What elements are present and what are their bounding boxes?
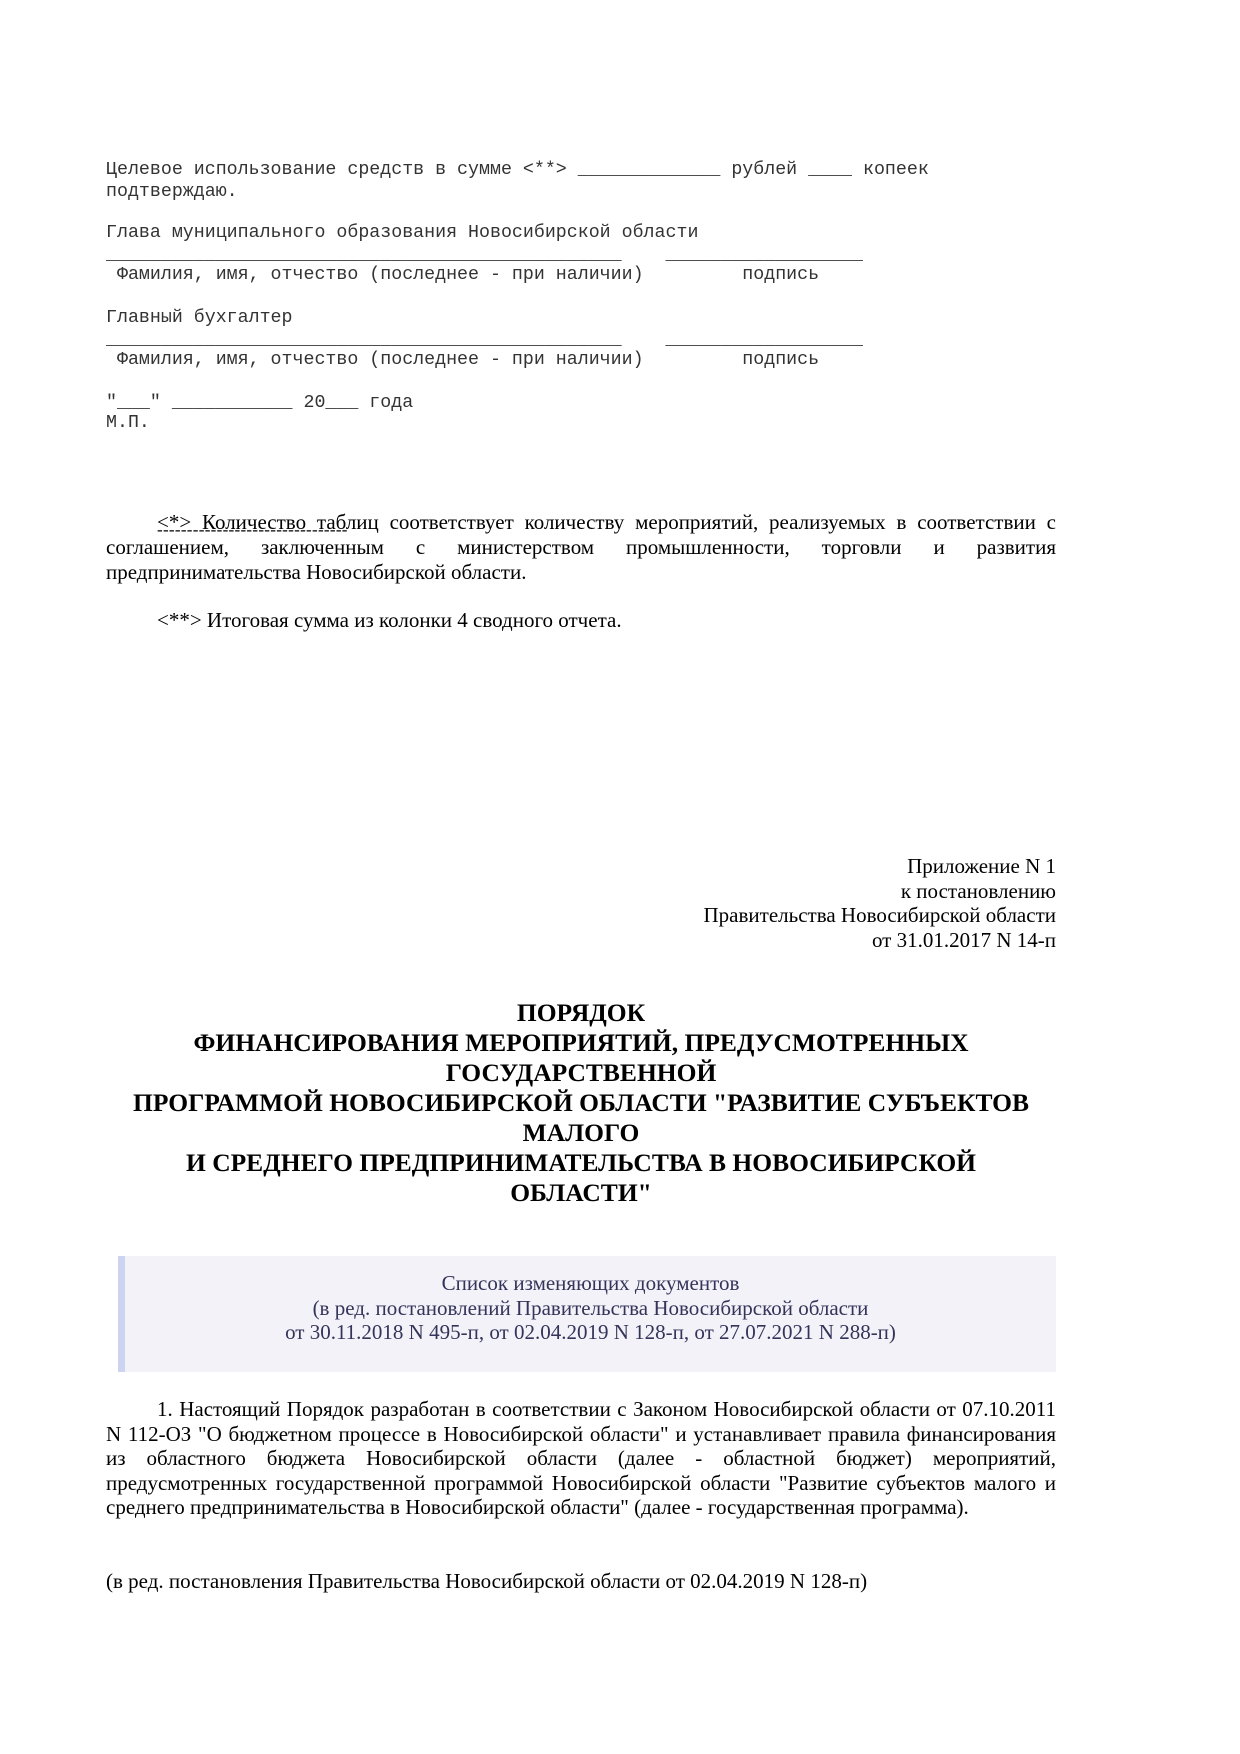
appendix-to-resolution: к постановлению [704,879,1057,904]
title-line: ФИНАНСИРОВАНИЯ МЕРОПРИЯТИЙ, ПРЕДУСМОТРЕН… [106,1028,1056,1058]
head-signature-captions: Фамилия, имя, отчество (последнее - при … [106,264,819,286]
confirmation-line-1: Целевое использование средств в сумме <*… [106,159,929,181]
document-title: ПОРЯДОК ФИНАНСИРОВАНИЯ МЕРОПРИЯТИЙ, ПРЕД… [106,998,1056,1208]
revisions-line: (в ред. постановлений Правительства Ново… [125,1296,1056,1321]
title-line: ПРОГРАММОЙ НОВОСИБИРСКОЙ ОБЛАСТИ "РАЗВИТ… [106,1088,1056,1118]
title-line: МАЛОГО [106,1118,1056,1148]
stamp-label: М.П. [106,412,150,434]
body-paragraph-1: 1. Настоящий Порядок разработан в соотве… [106,1397,1056,1520]
title-line: ОБЛАСТИ" [106,1178,1056,1208]
accountant-signature-captions: Фамилия, имя, отчество (последнее - при … [106,349,819,371]
confirmation-line-2: подтверждаю. [106,181,238,203]
footnote-2: <**> Итоговая сумма из колонки 4 сводног… [106,608,1056,633]
title-line: ГОСУДАРСТВЕННОЙ [106,1058,1056,1088]
revisions-box: Список изменяющих документов (в ред. пос… [118,1256,1056,1372]
appendix-header: Приложение N 1 к постановлению Правитель… [704,854,1057,952]
appendix-government: Правительства Новосибирской области [704,903,1057,928]
accountant-role-label: Главный бухгалтер [106,307,293,329]
body-paragraph-1-edit-note: (в ред. постановления Правительства Ново… [106,1569,1056,1594]
title-line: ПОРЯДОК [106,998,1056,1028]
appendix-date: от 31.01.2017 N 14-п [704,928,1057,953]
revisions-heading: Список изменяющих документов [125,1271,1056,1296]
footnote-1: <*> Количество таблиц соответствует коли… [106,510,1056,585]
revisions-line: от 30.11.2018 N 495-п, от 02.04.2019 N 1… [125,1320,1056,1345]
head-role-label: Глава муниципального образования Новосиб… [106,222,698,244]
title-line: И СРЕДНЕГО ПРЕДПРИНИМАТЕЛЬСТВА В НОВОСИБ… [106,1148,1056,1178]
head-signature-lines: ________________________________________… [106,244,863,266]
date-line: "___" ___________ 20___ года [106,392,413,414]
accountant-signature-lines: ________________________________________… [106,329,863,351]
document-page: Целевое использование средств в сумме <*… [0,0,1240,1754]
appendix-number: Приложение N 1 [704,854,1057,879]
